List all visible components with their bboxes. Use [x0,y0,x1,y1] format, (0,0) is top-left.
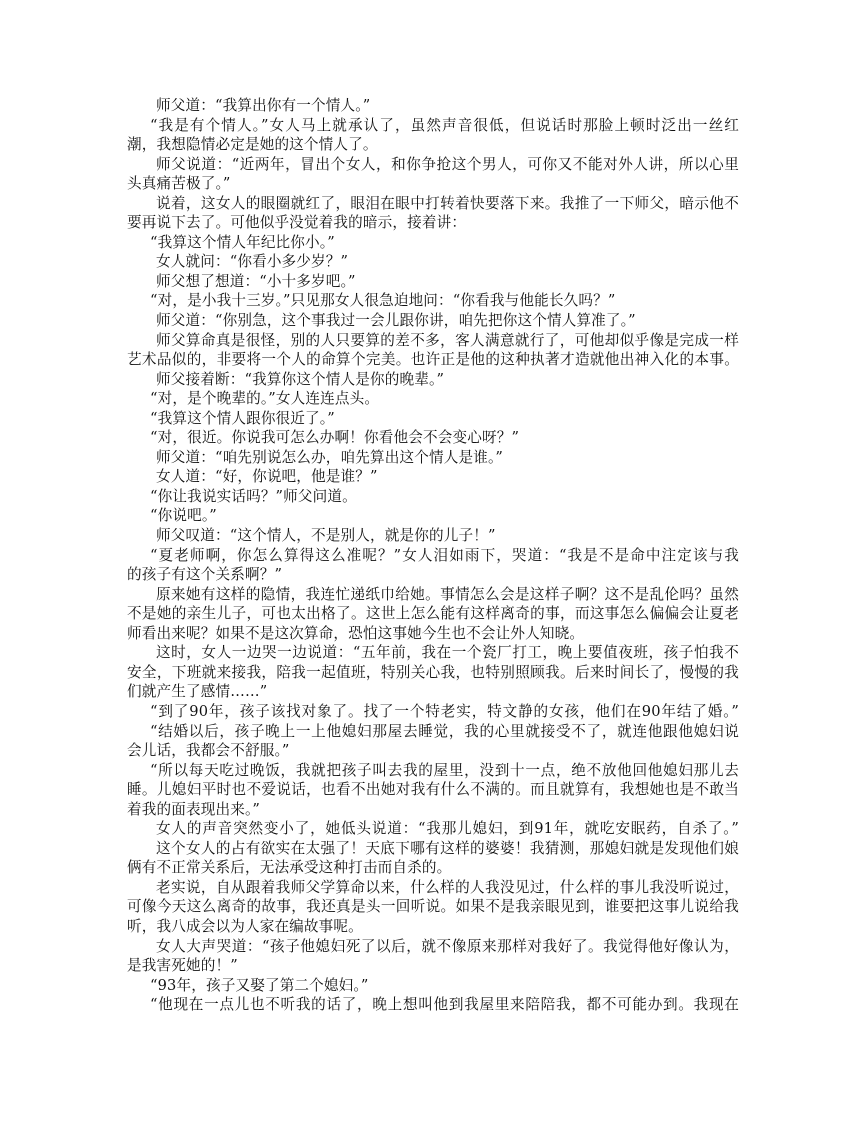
text-line: 安全，下班就来接我，陪我一起值班，特别关心我，也特别照顾我。后来时间长了，慢慢的… [127,663,739,683]
text-line: 是我害死她的！” [127,956,739,976]
text-line: “我算这个情人年纪比你小。” [127,233,739,253]
text-line: 师父想了想道：“小十多岁吧。” [127,272,739,292]
text-line: 会儿话，我都会不舒服。” [127,741,739,761]
text-line: 听，我八成会以为人家在编故事呢。 [127,917,739,937]
text-line: 女人就问：“你看小多少岁？” [127,252,739,272]
text-line: 要再说下去了。可他似乎没觉着我的暗示，接着讲： [127,213,739,233]
text-line: 的孩子有这个关系啊？” [127,565,739,585]
text-line: 师父叹道：“这个情人，不是别人，就是你的儿子！” [127,526,739,546]
text-line: 女人大声哭道：“孩子他媳妇死了以后，就不像原来那样对我好了。我觉得他好像认为， [127,937,739,957]
text-line: “你说吧。” [127,506,739,526]
text-line: 着我的面表现出来。” [127,800,739,820]
text-line: 师父算命真是很怪，别的人只要算的差不多，客人满意就行了，可他却似乎像是完成一样 [127,331,739,351]
text-line: “夏老师啊，你怎么算得这么准呢？”女人泪如雨下，哭道：“我是不是命中注定该与我 [127,546,739,566]
text-line: 睡。儿媳妇平时也不爱说话，也看不出她对我有什么不满的。而且就算有，我想她也是不敢… [127,780,739,800]
text-line: 原来她有这样的隐情，我连忙递纸巾给她。事情怎么会是这样子啊？这不是乱伦吗？虽然 [127,585,739,605]
text-line: “对，是个晚辈的。”女人连连点头。 [127,389,739,409]
text-line: “我是有个情人。”女人马上就承认了，虽然声音很低，但说话时那脸上顿时泛出一丝红 [127,116,739,136]
text-line: 师父道：“你别急，这个事我过一会儿跟你讲，咱先把你这个情人算准了。” [127,311,739,331]
text-line: 女人的声音突然变小了，她低头说道：“我那儿媳妇，到91年，就吃安眠药，自杀了。” [127,819,739,839]
text-line: 头真痛苦极了。” [127,174,739,194]
text-line: 这时，女人一边哭一边说道：“五年前，我在一个瓷厂打工，晚上要值夜班，孩子怕我不 [127,643,739,663]
text-line: “93年，孩子又娶了第二个媳妇。” [127,976,739,996]
text-line: “他现在一点儿也不听我的话了，晚上想叫他到我屋里来陪陪我，都不可能办到。我现在 [127,995,739,1015]
text-line: 艺术品似的，非要将一个人的命算个完美。也许正是他的这种执著才造就他出神入化的本事… [127,350,739,370]
text-line: 师父说道：“近两年，冒出个女人，和你争抢这个男人，可你又不能对外人讲，所以心里 [127,155,739,175]
text-line: 老实说，自从跟着我师父学算命以来，什么样的人我没见过，什么样的事儿我没听说过， [127,878,739,898]
document-page: 师父道：“我算出你有一个情人。”“我是有个情人。”女人马上就承认了，虽然声音很低… [127,96,739,1015]
text-line: “你让我说实话吗？”师父问道。 [127,487,739,507]
text-line: “对，是小我十三岁。”只见那女人很急迫地问：“你看我与他能长久吗？” [127,291,739,311]
text-line: 师看出来呢？如果不是这次算命，恐怕这事她今生也不会让外人知晓。 [127,624,739,644]
text-line: 们就产生了感情……” [127,682,739,702]
text-line: 潮，我想隐情必定是她的这个情人了。 [127,135,739,155]
text-line: “结婚以后，孩子晚上一上他媳妇那屋去睡觉，我的心里就接受不了，就连他跟他媳妇说 [127,722,739,742]
text-line: “我算这个情人跟你很近了。” [127,409,739,429]
text-line: 师父道：“我算出你有一个情人。” [127,96,739,116]
text-line: 师父道：“咱先别说怎么办，咱先算出这个情人是谁。” [127,448,739,468]
text-line: “所以每天吃过晚饭，我就把孩子叫去我的屋里，没到十一点，绝不放他回他媳妇那儿去 [127,761,739,781]
text-line: 不是她的亲生儿子，可也太出格了。这世上怎么能有这样离奇的事，而这事怎么偏偏会让夏… [127,604,739,624]
text-line: 说着，这女人的眼圈就红了，眼泪在眼中打转着快要落下来。我推了一下师父，暗示他不 [127,194,739,214]
text-line: “对，很近。你说我可怎么办啊！你看他会不会变心呀？” [127,428,739,448]
text-line: 师父接着断：“我算你这个情人是你的晚辈。” [127,370,739,390]
text-line: 女人道：“好，你说吧，他是谁？” [127,467,739,487]
text-line: 可像今天这么离奇的故事，我还真是头一回听说。如果不是我亲眼见到，谁要把这事儿说给… [127,897,739,917]
text-line: 这个女人的占有欲实在太强了！天底下哪有这样的婆婆！我猜测，那媳妇就是发现他们娘 [127,839,739,859]
text-line: “到了90年，孩子该找对象了。找了一个特老实，特文静的女孩，他们在90年结了婚。… [127,702,739,722]
text-line: 俩有不正常关系后，无法承受这种打击而自杀的。 [127,858,739,878]
